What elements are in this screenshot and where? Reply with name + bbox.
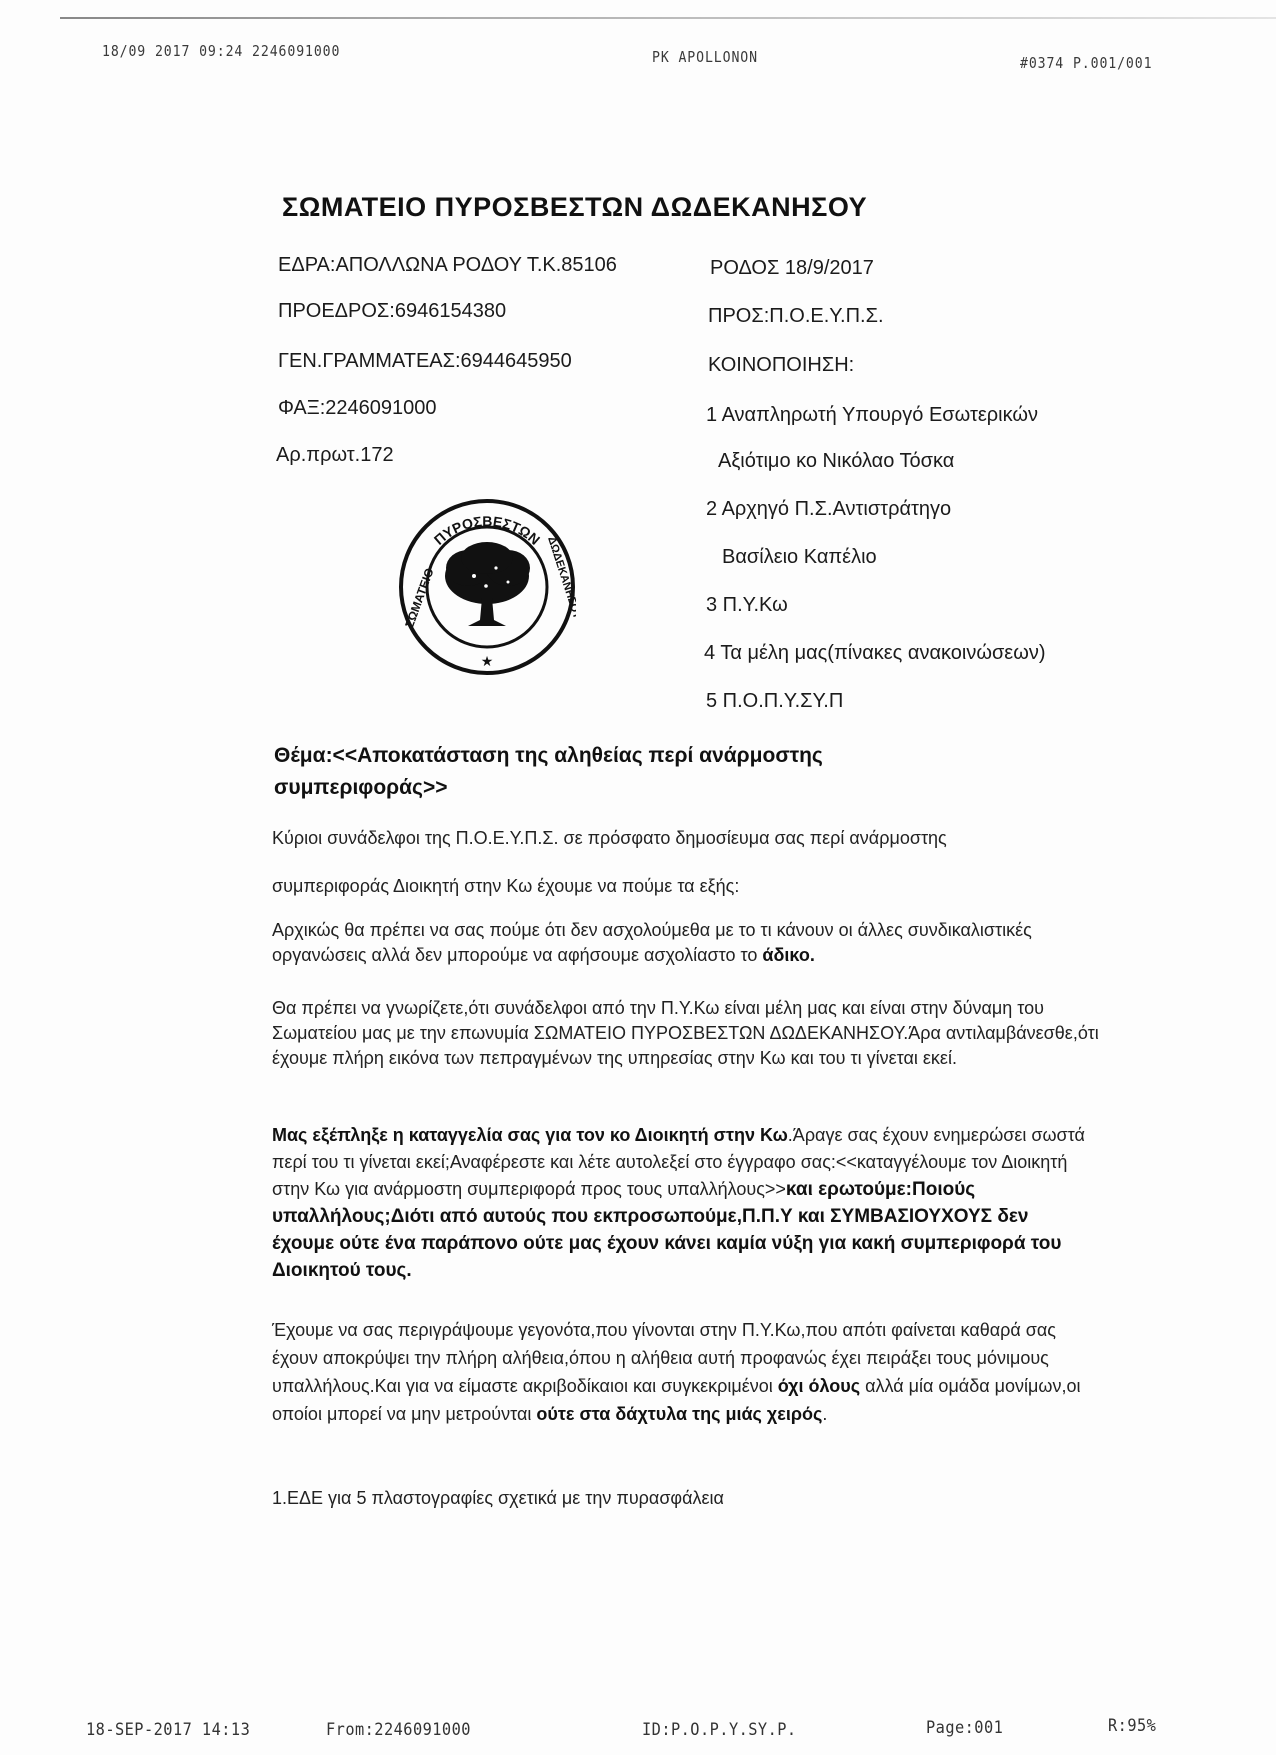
fax-footer-page: Page:001 xyxy=(926,1718,1003,1738)
fax-footer-resolution: R:95% xyxy=(1108,1716,1156,1736)
body-paragraph-4: Μας εξέπληξε η καταγγελία σας για τον κο… xyxy=(272,1122,1092,1284)
fax-header-datetime: 18/09 2017 09:24 2246091000 xyxy=(102,42,340,60)
paragraph-2-emphasis: άδικο. xyxy=(762,945,814,965)
body-paragraph-6: 1.ΕΔΕ για 5 πλαστογραφίες σχετικά με την… xyxy=(272,1486,1122,1511)
letterhead-protocol-number: Αρ.πρωτ.172 xyxy=(276,444,394,467)
fax-top-edge-line xyxy=(60,17,1276,19)
letter-subject: Θέμα:<<Αποκατάσταση της αληθείας περί αν… xyxy=(274,740,1074,804)
paragraph-2-text: Αρχικώς θα πρέπει να σας πούμε ότι δεν α… xyxy=(272,920,1032,965)
letter-date: ΡΟΔΟΣ 18/9/2017 xyxy=(710,257,874,280)
paragraph-4-emphasis-1: Μας εξέπληξε η καταγγελία σας για τον κο… xyxy=(272,1125,788,1145)
fax-header-sender: PK APOLLONON xyxy=(652,48,758,66)
cc-item-5: 5 Π.Ο.Π.Υ.ΣΥ.Π xyxy=(706,690,843,713)
seal-text-right: ΔΩΔΕΚΑΝΗΣΟΥ xyxy=(545,535,576,621)
body-paragraph-1-line-1: Κύριοι συνάδελφοι της Π.Ο.Ε.Υ.Π.Σ. σε πρ… xyxy=(272,826,1122,851)
recipient: ΠΡΟΣ:Π.Ο.Ε.Υ.Π.Σ. xyxy=(708,305,884,328)
body-paragraph-2: Αρχικώς θα πρέπει να σας πούμε ότι δεν α… xyxy=(272,918,1052,968)
paragraph-5-emphasis-1: όχι όλους xyxy=(778,1376,860,1396)
subject-line-2: συμπεριφοράς>> xyxy=(274,772,1074,804)
cc-item-3: 3 Π.Υ.Κω xyxy=(706,594,788,617)
seal-text-left: ΣΩΜΑΤΕΙΟ xyxy=(402,566,437,630)
cc-item-2-name: Βασίλειο Καπέλιο xyxy=(722,546,877,569)
body-paragraph-5: Έχουμε να σας περιγράψουμε γεγονότα,που … xyxy=(272,1316,1092,1428)
letterhead-address: ΕΔΡΑ:ΑΠΟΛΛΩΝΑ ΡΟΔΟΥ Τ.Κ.85106 xyxy=(278,254,617,277)
fax-footer-id: ID:P.O.P.Y.SY.P. xyxy=(642,1720,797,1740)
oak-tree-icon xyxy=(445,542,530,626)
organization-seal: ΠΥΡΟΣΒΕΣΤΩΝ ★ ΣΩΜΑΤΕΙΟ ΔΩΔΕΚΑΝΗΣΟΥ xyxy=(398,498,576,676)
cc-heading: ΚΟΙΝΟΠΟΙΗΣΗ: xyxy=(708,354,854,377)
body-paragraph-3: Θα πρέπει να γνωρίζετε,ότι συνάδελφοι απ… xyxy=(272,996,1112,1071)
fax-header-page: #0374 P.001/001 xyxy=(1020,54,1152,72)
letterhead-secretary-phone: ΓΕΝ.ΓΡΑΜΜΑΤΕΑΣ:6944645950 xyxy=(278,350,572,373)
cc-item-1: 1 Αναπληρωτή Υπουργό Εσωτερικών xyxy=(706,404,1038,427)
body-paragraph-1-line-2: συμπεριφοράς Διοικητή στην Κω έχουμε να … xyxy=(272,874,1122,899)
paragraph-5-emphasis-2: ούτε στα δάχτυλα της μιάς χειρός xyxy=(536,1404,822,1424)
seal-star-icon: ★ xyxy=(481,653,494,669)
organization-title: ΣΩΜΑΤΕΙΟ ΠΥΡΟΣΒΕΣΤΩΝ ΔΩΔΕΚΑΝΗΣΟΥ xyxy=(282,192,867,223)
subject-line-1: Θέμα:<<Αποκατάσταση της αληθείας περί αν… xyxy=(274,740,1074,772)
cc-item-1-name: Αξιότιμο κο Νικόλαο Τόσκα xyxy=(718,450,954,473)
letterhead-fax: ΦΑΞ:2246091000 xyxy=(278,397,437,420)
paragraph-5-text-3: . xyxy=(822,1404,827,1424)
fax-footer-from: From:2246091000 xyxy=(326,1720,471,1740)
cc-item-4: 4 Τα μέλη μας(πίνακες ανακοινώσεων) xyxy=(704,642,1045,665)
cc-item-2: 2 Αρχηγό Π.Σ.Αντιστράτηγο xyxy=(706,498,951,521)
fax-footer-datetime: 18-SEP-2017 14:13 xyxy=(86,1720,250,1740)
letterhead-president-phone: ΠΡΟΕΔΡΟΣ:6946154380 xyxy=(278,300,506,323)
